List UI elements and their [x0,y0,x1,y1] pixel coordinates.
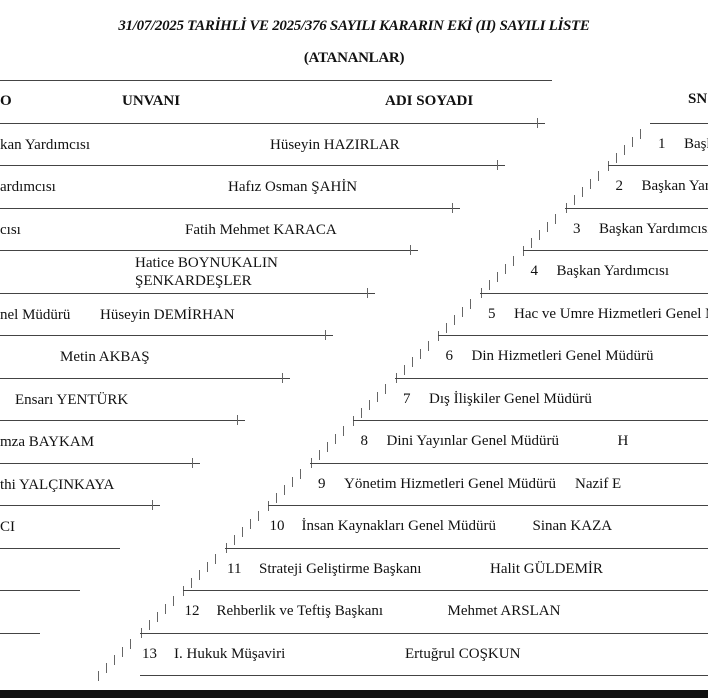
header-no: O [0,92,12,110]
document-title: 31/07/2025 TARİHLİ VE 2025/376 SAYILI KA… [0,18,708,35]
right-row-adi-soyadi: Mehmet ARSLAN [448,602,561,620]
row-tick [152,500,153,510]
row-tick [537,118,538,128]
row-tick [531,238,532,248]
row-tick [199,570,200,580]
right-row-adi-soyadi: Halit GÜLDEMİR [490,560,603,578]
right-row-unvani: Başkan Yardımcısı [557,262,670,280]
header-unvani: UNVANI [122,92,180,110]
table-rule [225,548,708,549]
table-rule [650,123,708,124]
right-row-adi-soyadi: Ertuğrul COŞKUN [405,645,520,663]
right-row-sn: 12 [185,602,200,620]
table-rule [0,633,40,634]
right-row-sn: 4 [531,262,539,280]
right-row-unvani: İnsan Kaynakları Genel Müdürü [302,517,497,535]
right-row-sn: 1 [658,135,666,153]
row-tick [237,415,238,425]
right-row-sn: 13 [142,645,157,663]
left-row-unvani: kan Yardımcısı [0,136,90,154]
table-rule [608,165,708,166]
table-rule [0,590,80,591]
row-tick [412,357,413,367]
table-rule [0,165,505,166]
table-rule [438,335,708,336]
right-row-sn: 2 [616,177,624,195]
table-rule [0,548,120,549]
right-row-unvani: I. Hukuk Müşaviri [174,645,285,663]
row-tick [640,129,641,139]
row-tick [590,179,591,189]
table-rule [0,123,545,124]
right-row-unvani: Başkan [684,135,708,153]
right-row-sn: 7 [403,390,411,408]
table-rule [395,378,708,379]
row-tick [598,171,599,181]
right-row-unvani: Rehberlik ve Teftiş Başkanı [217,602,384,620]
row-tick [624,145,625,155]
right-row-adi-soyadi: Sinan KAZA [533,517,613,535]
row-tick [98,671,99,681]
table-rule [0,505,160,506]
row-tick [513,256,514,266]
row-tick [547,222,548,232]
row-tick [282,373,283,383]
row-tick [377,392,378,402]
left-row-adi-soyadi: Hatice BOYNUKALIN ŞENKARDEŞLER [135,254,305,290]
table-rule [0,250,418,251]
table-rule [565,208,708,209]
right-row-sn: 8 [361,432,369,450]
row-tick [165,604,166,614]
row-tick [385,384,386,394]
row-tick [327,442,328,452]
left-row-adi-soyadi: Hafız Osman ŞAHİN [228,178,357,196]
row-tick [462,307,463,317]
row-tick [454,315,455,325]
left-row-adi-soyadi: thi YALÇINKAYA [0,476,114,494]
table-rule [0,463,200,464]
row-tick [367,288,368,298]
right-row-sn: 6 [446,347,454,365]
row-tick [497,160,498,170]
row-tick [410,245,411,255]
right-row-sn: 5 [488,305,496,323]
row-tick [428,341,429,351]
row-tick [300,469,301,479]
right-row-unvani: Strateji Geliştirme Başkanı [259,560,421,578]
row-tick [497,272,498,282]
left-row-adi-soyadi: Ensarı YENTÜRK [15,391,128,409]
row-tick [106,663,107,673]
row-tick [420,349,421,359]
left-row-unvani: cısı [0,221,21,239]
table-rule [353,420,708,421]
header-adi-soyadi: ADI SOYADI [385,92,473,110]
table-rule [0,378,290,379]
row-tick [582,187,583,197]
row-tick [242,527,243,537]
row-tick [361,408,362,418]
row-tick [207,562,208,572]
row-tick [258,511,259,521]
header-sn: SN [688,90,707,108]
right-row-adi-soyadi: Nazif E [575,475,621,493]
row-tick [446,323,447,333]
left-row-unvani: nel Müdürü [0,306,70,324]
row-tick [319,450,320,460]
row-tick [404,365,405,375]
right-row-unvani: Yönetim Hizmetleri Genel Müdürü [344,475,556,493]
right-row-unvani: Dini Yayınlar Genel Müdürü [387,432,560,450]
right-row-unvani: Dış İlişkiler Genel Müdürü [429,390,592,408]
row-tick [489,280,490,290]
table-rule [0,80,552,81]
row-tick [470,299,471,309]
row-tick [335,434,336,444]
row-tick [325,330,326,340]
row-tick [369,400,370,410]
row-tick [130,639,131,649]
right-row-unvani: Başkan Yardımcısı [642,177,708,195]
row-tick [122,647,123,657]
row-tick [215,554,216,564]
row-tick [250,519,251,529]
row-tick [292,477,293,487]
row-tick [284,485,285,495]
table-rule [0,420,245,421]
row-tick [234,535,235,545]
row-tick [616,153,617,163]
table-rule [140,633,708,634]
right-row-sn: 9 [318,475,326,493]
left-row-unvani: ardımcısı [0,178,56,196]
row-tick [555,214,556,224]
table-rule [0,208,460,209]
table-rule [523,250,708,251]
left-row-adi-soyadi: Hüseyin HAZIRLAR [270,136,400,154]
document-subtitle: (ATANANLAR) [0,50,708,67]
table-rule [310,463,708,464]
left-row-adi-soyadi: Hüseyin DEMİRHAN [100,306,235,324]
row-tick [114,655,115,665]
row-tick [157,612,158,622]
row-tick [343,426,344,436]
right-row-unvani: Hac ve Umre Hizmetleri Genel Müdürü [514,305,708,323]
table-rule [140,675,708,676]
table-rule [183,590,708,591]
right-row-sn: 10 [270,517,285,535]
right-row-adi-soyadi: H [618,432,629,450]
row-tick [539,230,540,240]
scan-bottom-border [0,690,708,698]
row-tick [505,264,506,274]
right-row-unvani: Başkan Yardımcısı [599,220,708,238]
row-tick [149,620,150,630]
right-row-unvani: Din Hizmetleri Genel Müdürü [472,347,654,365]
row-tick [191,578,192,588]
left-row-adi-soyadi: Fatih Mehmet KARACA [185,221,337,239]
row-tick [632,137,633,147]
row-tick [574,195,575,205]
left-row-adi-soyadi: mza BAYKAM [0,433,94,451]
row-tick [276,493,277,503]
right-row-sn: 11 [227,560,241,578]
table-rule [268,505,708,506]
table-rule [480,293,708,294]
right-row-sn: 3 [573,220,581,238]
table-rule [0,335,333,336]
left-row-adi-soyadi: CI [0,518,15,536]
left-row-adi-soyadi: Metin AKBAŞ [60,348,150,366]
table-rule [0,293,375,294]
row-tick [452,203,453,213]
row-tick [173,596,174,606]
row-tick [192,458,193,468]
